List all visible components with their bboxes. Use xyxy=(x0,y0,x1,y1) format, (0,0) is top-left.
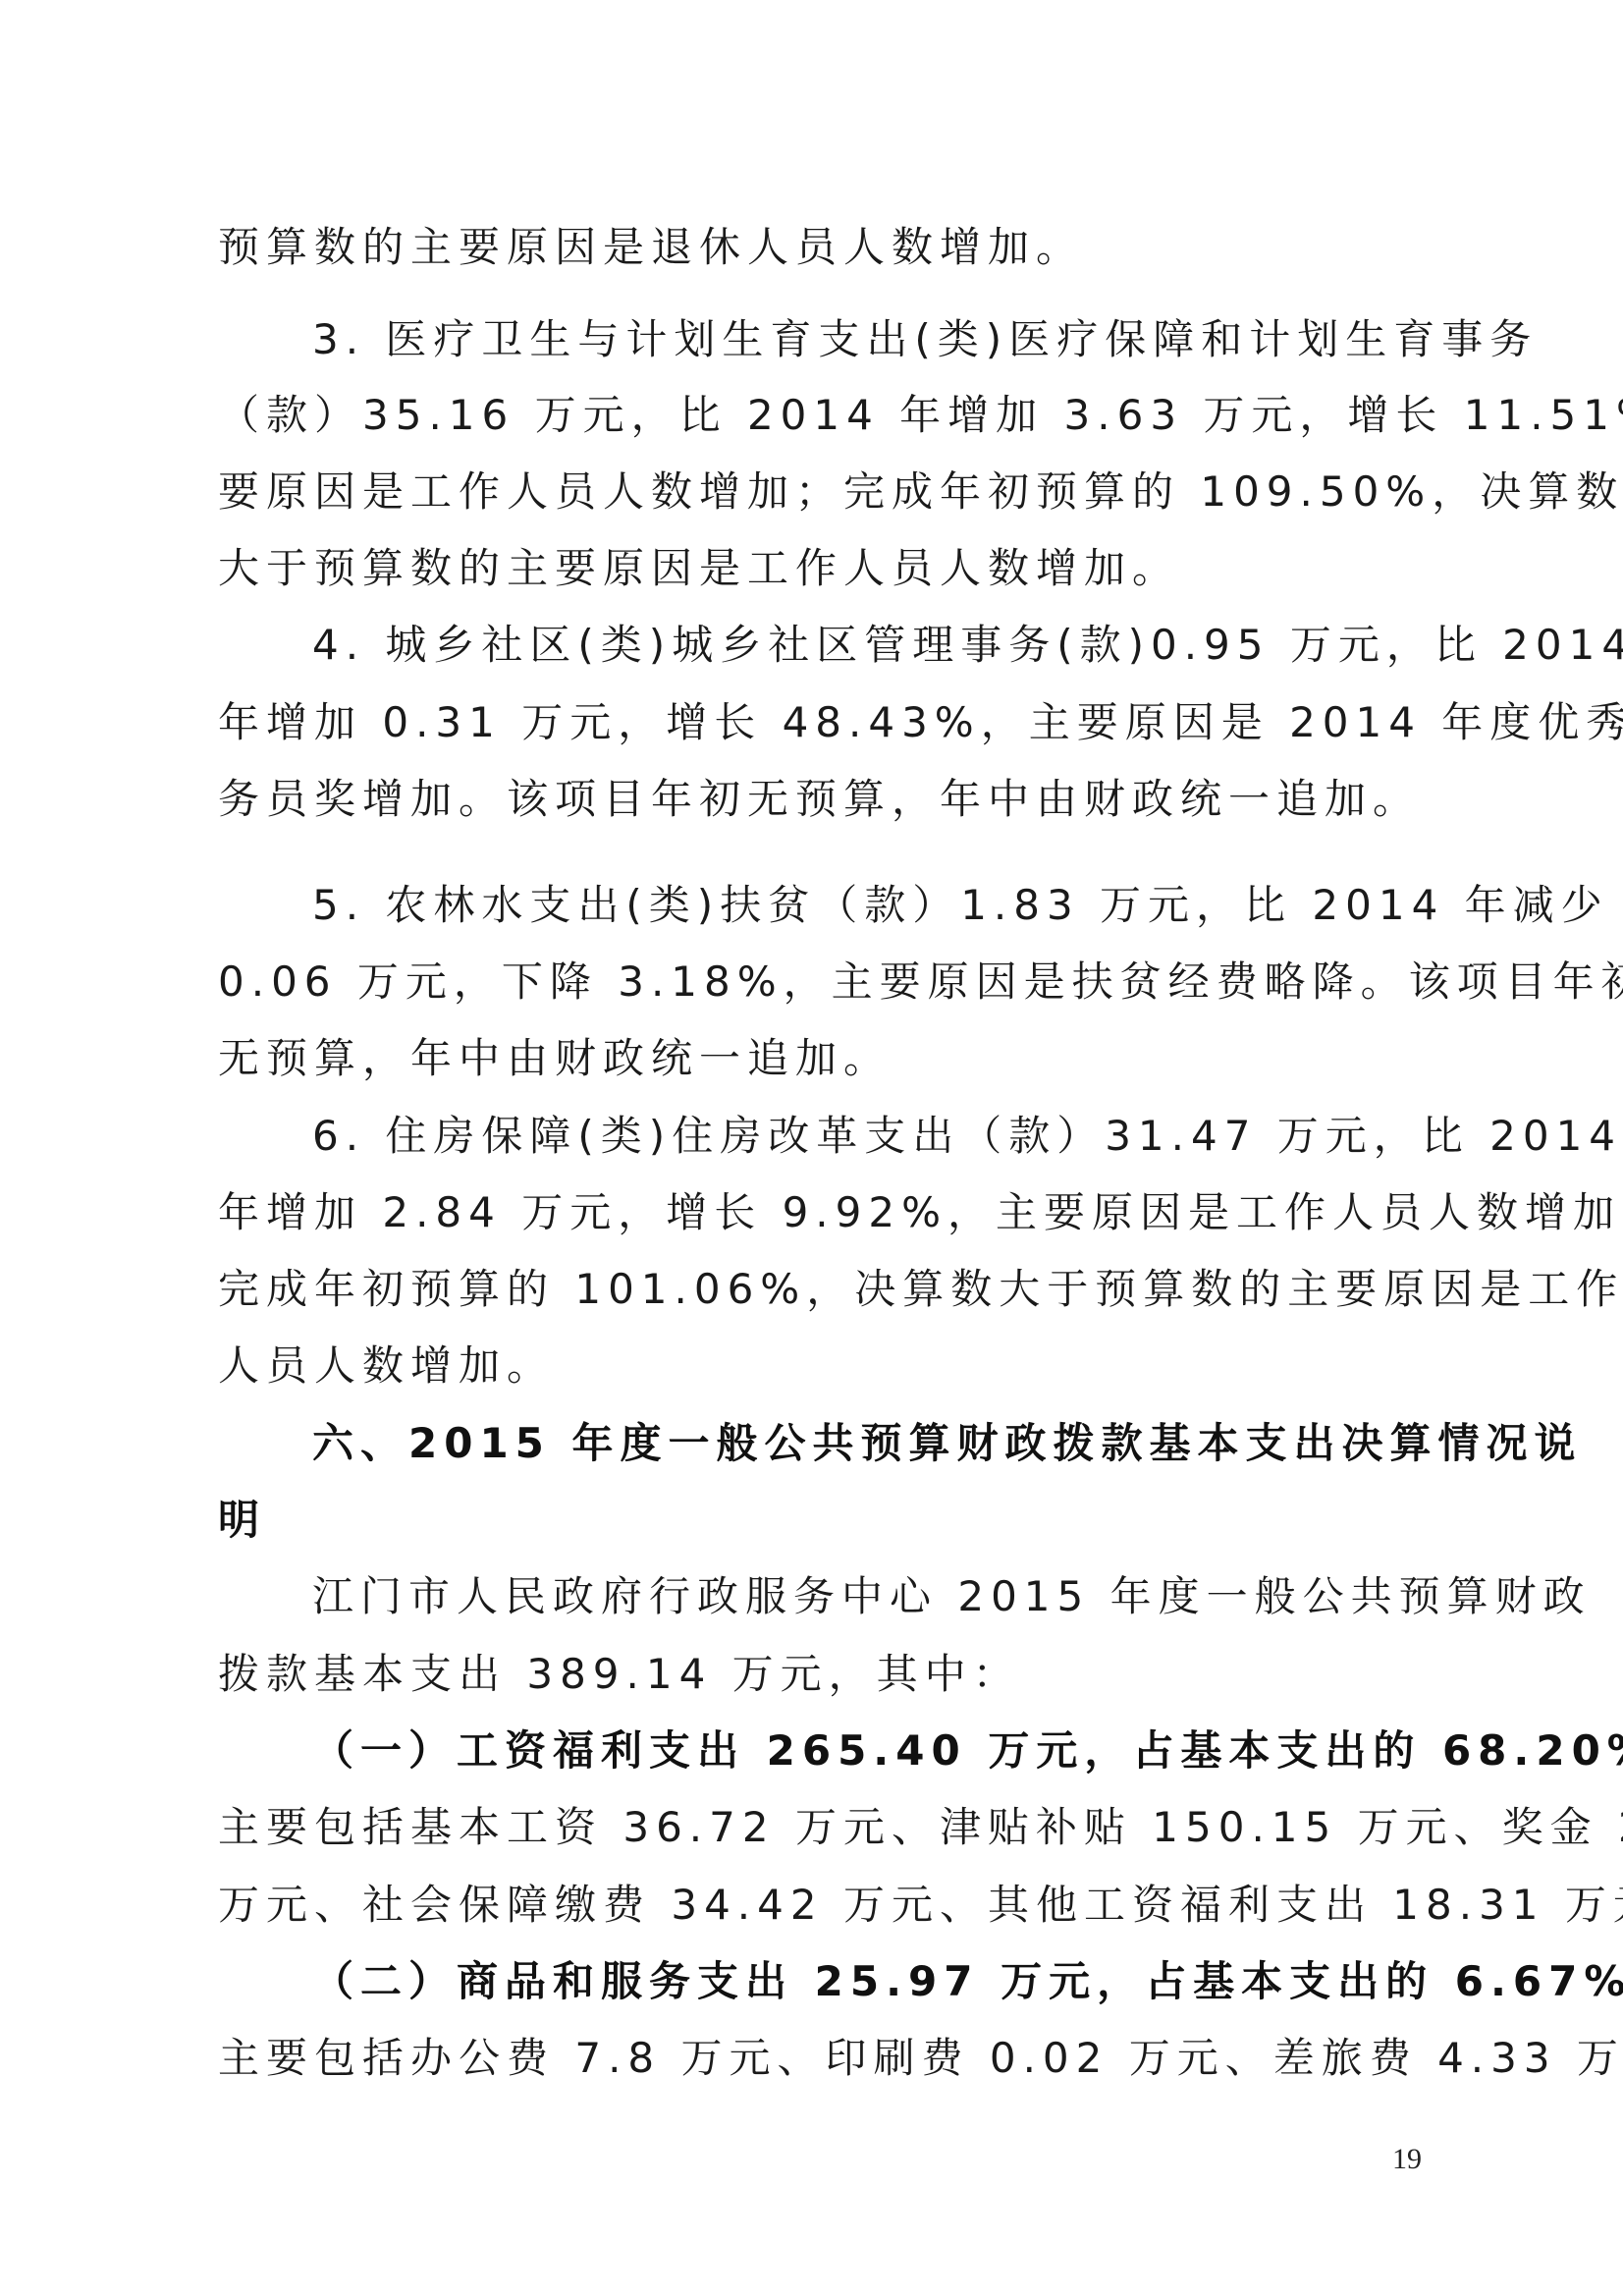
paragraph-line: 0.06 万元，下降 3.18%，主要原因是扶贫经费略降。该项目年初 xyxy=(218,953,1426,1011)
paragraph-line: （款）35.16 万元，比 2014 年增加 3.63 万元，增长 11.51%… xyxy=(218,386,1426,445)
section-heading-line: 明 xyxy=(218,1491,1426,1550)
paragraph-line: 4. 城乡社区(类)城乡社区管理事务(款)0.95 万元，比 2014 xyxy=(312,616,1426,675)
paragraph-line: 主要包括基本工资 36.72 万元、津贴补贴 150.15 万元、奖金 25.7… xyxy=(218,1798,1426,1857)
section-heading-line: （二）商品和服务支出 25.97 万元，占基本支出的 6.67%。 xyxy=(312,1952,1426,2011)
paragraph-line: 大于预算数的主要原因是工作人员人数增加。 xyxy=(218,539,1426,598)
paragraph-line: 5. 农林水支出(类)扶贫（款）1.83 万元，比 2014 年减少 xyxy=(312,876,1426,935)
paragraph-line: 主要包括办公费 7.8 万元、印刷费 0.02 万元、差旅费 4.33 万元、 xyxy=(218,2029,1426,2088)
paragraph-line: 预算数的主要原因是退休人员人数增加。 xyxy=(218,218,1426,277)
paragraph-line: 年增加 0.31 万元，增长 48.43%，主要原因是 2014 年度优秀公 xyxy=(218,693,1426,752)
section-heading-line: （一）工资福利支出 265.40 万元，占基本支出的 68.20%。 xyxy=(312,1722,1426,1780)
paragraph-line: 拨款基本支出 389.14 万元，其中： xyxy=(218,1645,1426,1704)
paragraph-line: 万元、社会保障缴费 34.42 万元、其他工资福利支出 18.31 万元。 xyxy=(218,1876,1426,1935)
paragraph-line: 完成年初预算的 101.06%，决算数大于预算数的主要原因是工作 xyxy=(218,1260,1426,1319)
paragraph-line: 年增加 2.84 万元，增长 9.92%，主要原因是工作人员人数增加； xyxy=(218,1183,1426,1242)
paragraph-line: 6. 住房保障(类)住房改革支出（款）31.47 万元，比 2014 xyxy=(312,1107,1426,1166)
paragraph-line: 无预算，年中由财政统一追加。 xyxy=(218,1029,1426,1088)
paragraph-line: 人员人数增加。 xyxy=(218,1337,1426,1395)
page-number: 19 xyxy=(1392,2143,1422,2176)
paragraph-line: 江门市人民政府行政服务中心 2015 年度一般公共预算财政 xyxy=(312,1567,1426,1626)
section-heading-line: 六、2015 年度一般公共预算财政拨款基本支出决算情况说 xyxy=(312,1414,1426,1473)
paragraph-line: 3. 医疗卫生与计划生育支出(类)医疗保障和计划生育事务 xyxy=(312,310,1426,369)
document-page: 预算数的主要原因是退休人员人数增加。3. 医疗卫生与计划生育支出(类)医疗保障和… xyxy=(0,0,1623,2296)
paragraph-line: 要原因是工作人员人数增加；完成年初预算的 109.50%，决算数 xyxy=(218,463,1426,521)
paragraph-line: 务员奖增加。该项目年初无预算，年中由财政统一追加。 xyxy=(218,770,1426,829)
